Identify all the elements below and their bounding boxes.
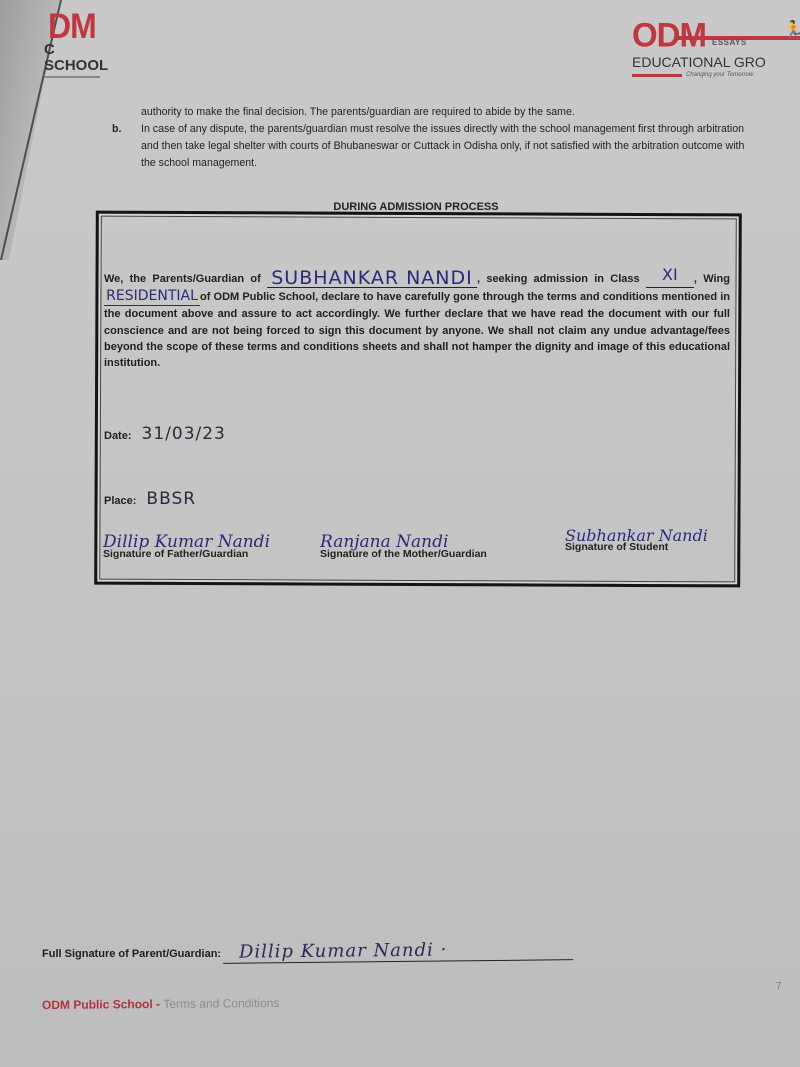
wing-field[interactable]: RESIDENTIAL xyxy=(104,288,200,306)
page-number: 7 xyxy=(776,981,782,992)
student-name-value: SUBHANKAR NANDI xyxy=(271,267,473,289)
footer-brand: ODM Public School xyxy=(42,997,153,1012)
place-field[interactable]: Place: BBSR xyxy=(104,489,196,509)
group-logo-right: ODM ESSAYS 🏃 EDUCATIONAL GRO Changing yo… xyxy=(632,18,800,78)
terms-item: b. In case of any dispute, the parents/g… xyxy=(112,121,752,172)
mother-signature-caption: Signature of the Mother/Guardian xyxy=(320,548,487,560)
logo-brand: ODM xyxy=(632,17,706,53)
logo-bar xyxy=(632,74,682,77)
terms-item-text: In case of any dispute, the parents/guar… xyxy=(141,121,752,172)
terms-item-label: b. xyxy=(112,121,141,172)
father-signature-caption: Signature of Father/Guardian xyxy=(103,548,270,560)
footer: ODM Public School - Terms and Conditions xyxy=(42,996,280,1012)
date-field[interactable]: Date: 31/03/23 xyxy=(104,424,226,444)
full-signature-line: Dillip Kumar Nandi · xyxy=(223,938,573,964)
place-value: BBSR xyxy=(146,489,196,509)
document-page: DM C SCHOOL ODM ESSAYS 🏃 EDUCATIONAL GRO… xyxy=(0,0,800,1067)
class-value: XI xyxy=(662,265,678,284)
footer-separator: - xyxy=(153,997,164,1011)
date-label: Date: xyxy=(104,430,132,442)
runner-icon: 🏃 xyxy=(782,20,800,41)
declaration-part: , seeking admission in Class xyxy=(477,273,646,285)
declaration-part: , Wing xyxy=(694,273,730,285)
full-signature-field[interactable]: Full Signature of Parent/Guardian: Dilli… xyxy=(42,940,573,962)
full-signature-label: Full Signature of Parent/Guardian: xyxy=(42,948,221,962)
declaration-text: We, the Parents/Guardian of SUBHANKAR NA… xyxy=(104,268,730,371)
logo-tagline: Changing your Tomorrow xyxy=(686,72,753,78)
logo-brand: DM xyxy=(48,8,114,43)
student-signature[interactable]: Subhankar Nandi Signature of Student xyxy=(565,526,708,553)
class-field[interactable]: XI xyxy=(646,269,694,288)
logo-tagline-bar xyxy=(44,76,100,78)
declaration-part: We, the Parents/Guardian of xyxy=(104,273,267,285)
student-name-field[interactable]: SUBHANKAR NANDI xyxy=(267,268,477,288)
date-value: 31/03/23 xyxy=(142,424,226,444)
terms-continuation: authority to make the final decision. Th… xyxy=(112,104,752,121)
school-logo-left: DM C SCHOOL xyxy=(44,10,114,78)
logo-mark: ESSAYS xyxy=(712,38,747,47)
terms-section: authority to make the final decision. Th… xyxy=(112,104,752,172)
place-label: Place: xyxy=(104,495,136,507)
full-signature-value: Dillip Kumar Nandi · xyxy=(239,939,447,962)
mother-signature[interactable]: Ranjana Nandi Signature of the Mother/Gu… xyxy=(320,532,487,560)
logo-subtitle: EDUCATIONAL GRO xyxy=(632,54,800,70)
footer-doc-title: Terms and Conditions xyxy=(163,996,279,1011)
father-signature[interactable]: Dillip Kumar Nandi Signature of Father/G… xyxy=(103,532,270,560)
logo-subtitle: C SCHOOL xyxy=(44,42,114,74)
wing-value: RESIDENTIAL xyxy=(106,288,198,304)
